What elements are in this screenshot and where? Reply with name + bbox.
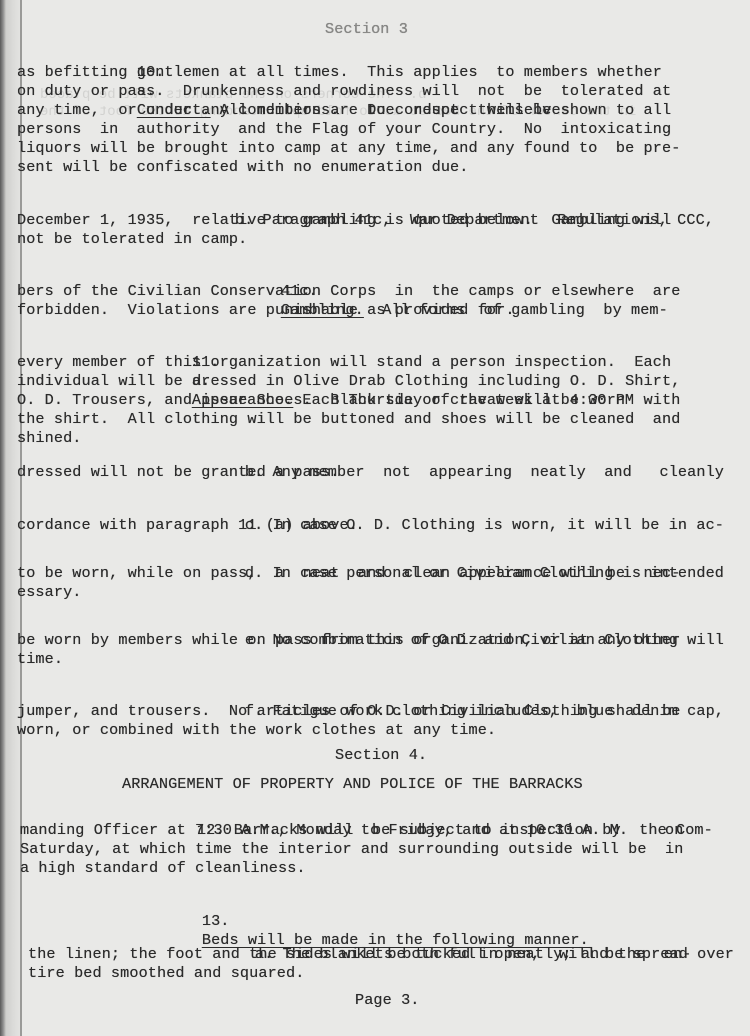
text-line: dressed will not be granted a pass. <box>17 463 340 482</box>
text-line: shined. <box>17 429 82 448</box>
text-line: cordance with paragraph 11 (a) above. <box>17 516 358 535</box>
text-line: manding Officer at 7:30 A.M., Monday to … <box>20 821 683 840</box>
text-line: the shirt. All clothing will be buttoned… <box>17 410 680 429</box>
text-line: bers of the Civilian Conservation Corps … <box>17 282 680 301</box>
text-line: worn, or combined with the work clothes … <box>17 721 496 740</box>
text-line: December 1, 1935, relative to gambling i… <box>17 211 671 230</box>
text-line: liquors will be brought into camp at any… <box>17 139 680 158</box>
text-line: on duty or pass. Drunkenness and rowdine… <box>17 82 671 101</box>
text-line: tire bed smoothed and squared. <box>28 964 304 983</box>
section-heading: Section 3 <box>325 20 408 39</box>
page-number: Page 3. <box>355 991 420 1010</box>
text-line: not be tolerated in camp. <box>17 230 247 249</box>
text-line: any time, or under any conditions. Due r… <box>17 101 671 120</box>
text-line: as befitting gentlemen at all times. Thi… <box>17 63 662 82</box>
text-line: sent will be confiscated with no enumera… <box>17 158 469 177</box>
text-line: essary. <box>17 583 82 602</box>
text-line: individual will be dressed in Olive Drab… <box>17 372 680 391</box>
text-line: every member of this organization will s… <box>17 353 671 372</box>
text-line: to be worn, while on pass, a neat and cl… <box>17 564 680 583</box>
text-line: the linen; the foot and the sides will b… <box>28 945 691 964</box>
section-4-title: ARRANGEMENT OF PROPERTY AND POLICE OF TH… <box>122 775 583 794</box>
text-line: be worn by members while on pass from th… <box>17 631 680 650</box>
typewritten-page: b. The corners on the blankets will be p… <box>0 0 750 1036</box>
text-line: Saturday, at which time the interior and… <box>20 840 683 859</box>
text-line: time. <box>17 650 63 669</box>
text-line: forbidden. Violations are punishable as … <box>17 301 515 320</box>
text-line: a high standard of cleanliness. <box>20 859 306 878</box>
text-line: jumper, and trousers. No articles of O.D… <box>17 702 680 721</box>
section-4-heading: Section 4. <box>335 746 427 765</box>
text-line: persons in authority and the Flag of you… <box>17 120 671 139</box>
text-line: O. D. Trousers, and issue Shoes. Black t… <box>17 391 680 410</box>
